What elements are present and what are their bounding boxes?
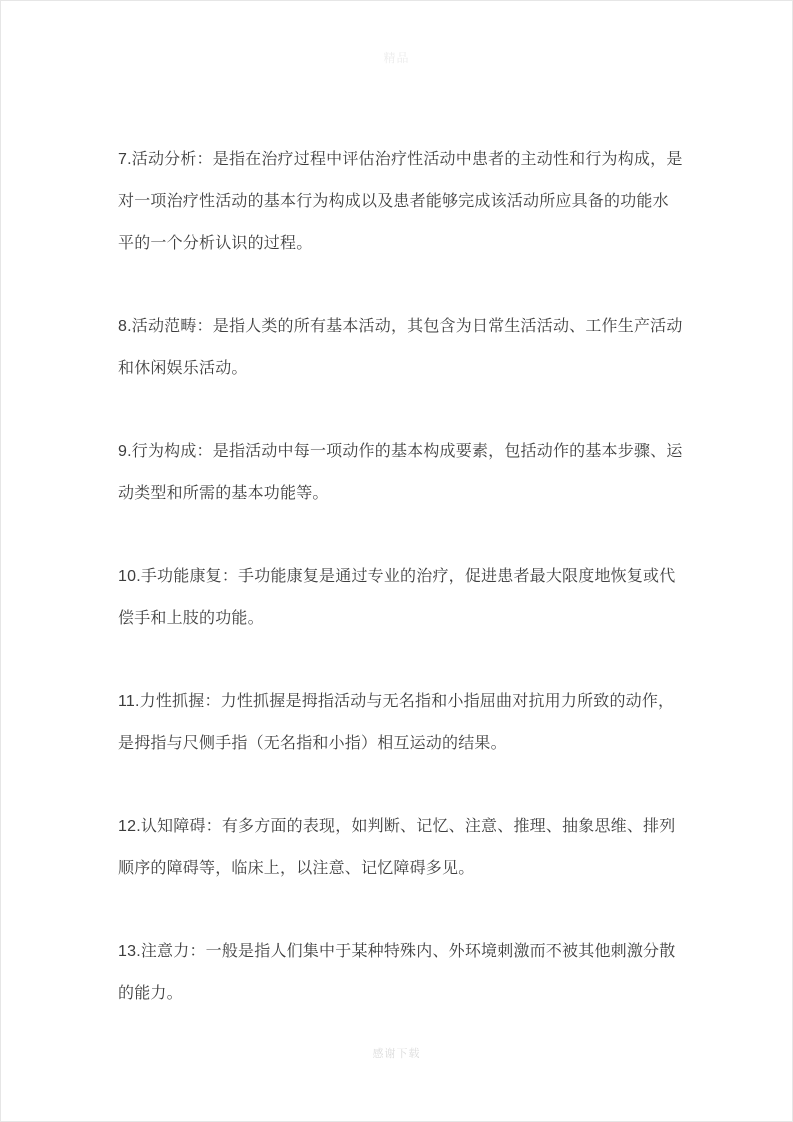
document-page: { "colors": { "text": "#3d3d3d", "waterm… — [0, 0, 793, 1122]
definition-item: 9.行为构成：是指活动中每一项动作的基本构成要素，包括动作的基本步骤、运 动类型… — [118, 431, 684, 515]
definitions-list: 7.活动分析：是指在治疗过程中评估治疗性活动中患者的主动性和行为构成，是 对一项… — [118, 139, 684, 1056]
definition-item: 8.活动范畴：是指人类的所有基本活动，其包含为日常生活活动、工作生产活动 和休闲… — [118, 306, 684, 390]
definition-item: 13.注意力：一般是指人们集中于某种特殊内、外环境刺激而不被其他刺激分散 的能力… — [118, 931, 684, 1015]
definition-item: 7.活动分析：是指在治疗过程中评估治疗性活动中患者的主动性和行为构成，是 对一项… — [118, 139, 684, 265]
footer-note: 感谢下载 — [1, 1045, 792, 1061]
definition-item: 11.力性抓握：力性抓握是拇指活动与无名指和小指屈曲对抗用力所致的动作， 是拇指… — [118, 681, 684, 765]
definition-item: 10.手功能康复：手功能康复是通过专业的治疗，促进患者最大限度地恢复或代 偿手和… — [118, 556, 684, 640]
definition-item: 12.认知障碍：有多方面的表现，如判断、记忆、注意、推理、抽象思维、排列 顺序的… — [118, 806, 684, 890]
top-watermark: 精品 — [1, 49, 792, 66]
